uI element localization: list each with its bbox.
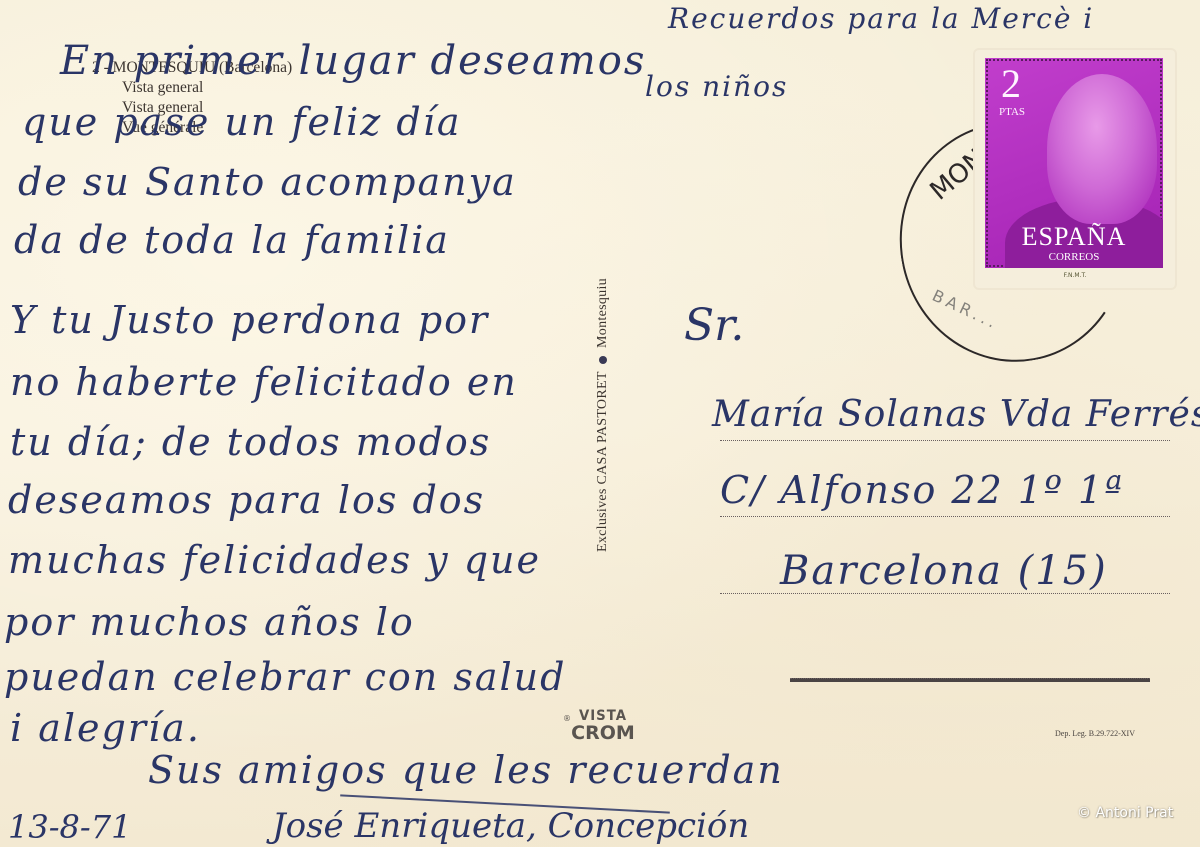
message-line: de su Santo acompanya (18, 160, 517, 204)
message-line: no haberte felicitado en (10, 360, 518, 404)
address-street: C/ Alfonso 22 1º 1ª (720, 468, 1124, 512)
stamp-service: CORREOS (985, 251, 1163, 263)
message-signature: José Enriqueta, Concepción (272, 806, 749, 846)
message-line: que pase un feliz día (22, 100, 462, 144)
publisher-imprint: Exclusives CASA PASTORET Montesquiu (595, 278, 611, 552)
message-closing: Sus amigos que les recuerdan (148, 748, 784, 792)
message-line: por muchos años lo (4, 600, 415, 644)
message-date: 13-8-71 (8, 808, 131, 846)
address-underline (790, 678, 1150, 682)
publisher-town: Montesquiu (595, 278, 610, 348)
top-note-line-2: los niños (645, 70, 788, 103)
message-line: muchas felicidades y que (8, 538, 541, 582)
vista-crom-logo: ® VISTA CROM (563, 708, 643, 742)
legal-deposit: Dep. Leg. B.29.722-XIV (1055, 729, 1135, 738)
address-city: Barcelona (15) (780, 548, 1108, 594)
message-line: da de toda la familia (14, 218, 450, 262)
address-name: María Solanas Vda Ferrés (712, 394, 1200, 435)
stamp-face: 2 PTAS ESPAÑA CORREOS (985, 58, 1163, 268)
message-line: tu día; de todos modos (10, 420, 491, 464)
publisher-name: Exclusives CASA PASTORET (595, 372, 610, 552)
message-line: Y tu Justo perdona por (10, 298, 489, 342)
address-salutation: Sr. (684, 300, 744, 351)
stamp-value: 2 (1001, 64, 1021, 104)
address-dotted-line (720, 440, 1170, 441)
stamp-country: ESPAÑA (985, 222, 1163, 252)
message-line: i alegría. (10, 706, 201, 750)
top-note-line-1: Recuerdos para la Mercè i (668, 2, 1094, 35)
message-line: En primer lugar deseamos (60, 38, 646, 84)
copyright-watermark: © Antoni Prat (1077, 805, 1173, 821)
stamp-printer: F.N.M.T. (975, 272, 1175, 279)
bullet-icon (599, 356, 607, 364)
message-line: puedan celebrar con salud (4, 655, 566, 699)
message-line: deseamos para los dos (8, 478, 485, 522)
address-dotted-line (720, 516, 1170, 517)
stamp-currency: PTAS (999, 106, 1025, 118)
postage-stamp: 2 PTAS ESPAÑA CORREOS F.N.M.T. (975, 50, 1175, 288)
postcard-back: 2 - MONTESQUIU (Barcelona) Vista general… (0, 0, 1200, 847)
portrait-head-icon (1047, 74, 1157, 224)
